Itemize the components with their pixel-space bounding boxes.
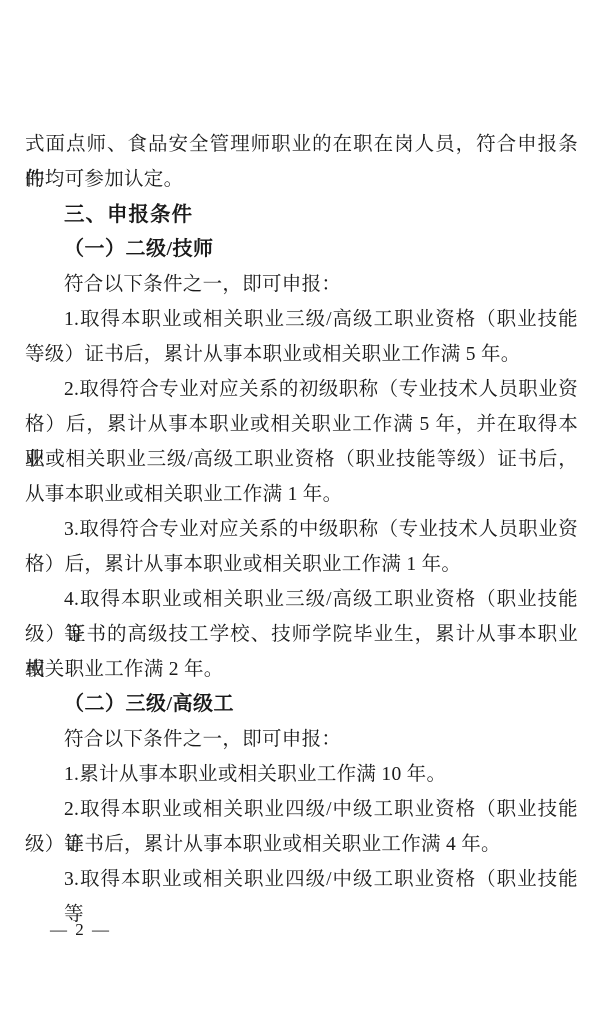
paragraph-line: 2.取得符合专业对应关系的初级职称（专业技术人员职业资	[25, 372, 578, 407]
paragraph-line: 符合以下条件之一，即可申报：	[25, 267, 578, 302]
paragraph-line: 4.取得本职业或相关职业三级/高级工职业资格（职业技能等	[25, 582, 578, 617]
page-content: 式面点师、食品安全管理师职业的在职在岗人员，符合申报条件 的均可参加认定。 三、…	[25, 127, 578, 897]
subsection-heading: （二）三级/高级工	[25, 687, 578, 722]
document-page: 式面点师、食品安全管理师职业的在职在岗人员，符合申报条件 的均可参加认定。 三、…	[0, 0, 600, 1027]
paragraph-line: 格）后，累计从事本职业或相关职业工作满 5 年，并在取得本职	[25, 407, 578, 442]
subsection-heading: （一）二级/技师	[25, 232, 578, 267]
paragraph-line: 符合以下条件之一，即可申报：	[25, 722, 578, 757]
paragraph-line: 3.取得本职业或相关职业四级/中级工职业资格（职业技能等	[25, 862, 578, 897]
paragraph-line: 级）证书后，累计从事本职业或相关职业工作满 4 年。	[25, 827, 578, 862]
paragraph-line: 3.取得符合专业对应关系的中级职称（专业技术人员职业资	[25, 512, 578, 547]
paragraph-line: 1.累计从事本职业或相关职业工作满 10 年。	[25, 757, 578, 792]
paragraph-line: 格）后，累计从事本职业或相关职业工作满 1 年。	[25, 547, 578, 582]
continuation-line: 的均可参加认定。	[25, 162, 578, 197]
paragraph-line: 1.取得本职业或相关职业三级/高级工职业资格（职业技能	[25, 302, 578, 337]
section-heading: 三、申报条件	[25, 197, 578, 232]
paragraph-line: 2.取得本职业或相关职业四级/中级工职业资格（职业技能等	[25, 792, 578, 827]
paragraph-line: 从事本职业或相关职业工作满 1 年。	[25, 477, 578, 512]
paragraph-line: 等级）证书后，累计从事本职业或相关职业工作满 5 年。	[25, 337, 578, 372]
paragraph-line: 业或相关职业三级/高级工职业资格（职业技能等级）证书后，	[25, 442, 578, 477]
continuation-line: 式面点师、食品安全管理师职业的在职在岗人员，符合申报条件	[25, 127, 578, 162]
paragraph-line: 相关职业工作满 2 年。	[25, 652, 578, 687]
page-number: — 2 —	[50, 920, 111, 940]
paragraph-line: 级）证书的高级技工学校、技师学院毕业生，累计从事本职业或	[25, 617, 578, 652]
